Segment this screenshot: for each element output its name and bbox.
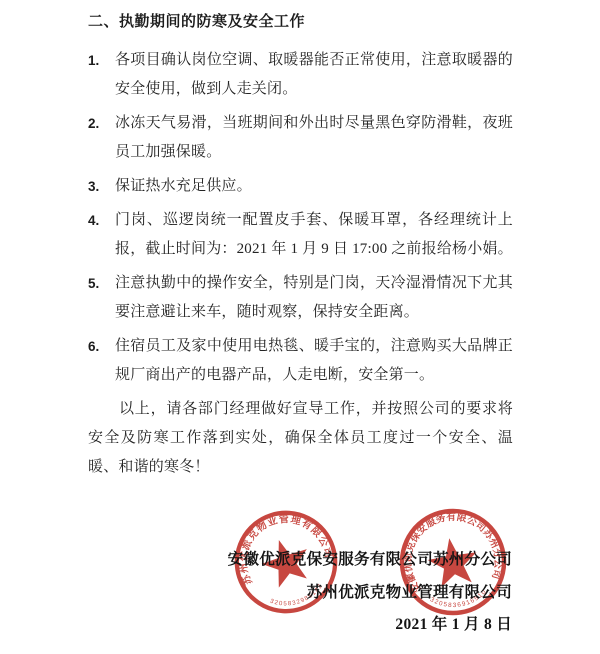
item-marker: 6. — [88, 332, 115, 361]
star-icon — [425, 534, 481, 588]
item-text: 门岗、巡逻岗统一配置皮手套、保暖耳罩，各经理统计上报，截止时间为：2021 年 … — [115, 206, 513, 264]
item-text: 保证热水充足供应。 — [115, 172, 513, 201]
item-marker: 3. — [88, 172, 115, 201]
item-marker: 5. — [88, 269, 115, 298]
company-seal-right: 安徽优派克保安服务有限公司苏州分公司 3205836916510 — [390, 499, 516, 625]
item-text: 住宿员工及家中使用电热毯、暖手宝的，注意购买大品牌正规厂商出产的电器产品，人走电… — [115, 332, 513, 390]
list-item: 3. 保证热水充足供应。 — [88, 172, 513, 201]
item-text: 注意执勤中的操作安全，特别是门岗，天冷湿滑情况下尤其要注意避让来车，随时观察，保… — [115, 269, 513, 327]
signature-company-line1: 安徽优派克保安服务有限公司苏州分公司 — [228, 550, 512, 570]
list-item: 6. 住宿员工及家中使用电热毯、暖手宝的，注意购买大品牌正规厂商出产的电器产品，… — [88, 332, 513, 390]
signature-company-line2: 苏州优派克物业管理有限公司 — [307, 583, 512, 603]
item-marker: 2. — [88, 109, 115, 138]
seal-serial-number: 3205836916510 — [428, 587, 490, 613]
item-text: 冰冻天气易滑，当班期间和外出时尽量黑色穿防滑鞋，夜班员工加强保暖。 — [115, 109, 513, 167]
list-item: 2. 冰冻天气易滑，当班期间和外出时尽量黑色穿防滑鞋，夜班员工加强保暖。 — [88, 109, 513, 167]
list-item: 5. 注意执勤中的操作安全，特别是门岗，天冷湿滑情况下尤其要注意避让来车，随时观… — [88, 269, 513, 327]
star-icon — [256, 533, 315, 591]
list-item: 1. 各项目确认岗位空调、取暖器能否正常使用，注意取暖器的安全使用，做到人走关闭… — [88, 46, 513, 104]
item-marker: 1. — [88, 46, 115, 75]
seal-ring — [395, 504, 512, 621]
seal-ring — [224, 500, 348, 624]
seal-serial-number: 3205832985142 — [268, 582, 328, 614]
item-text: 各项目确认岗位空调、取暖器能否正常使用，注意取暖器的安全使用，做到人走关闭。 — [115, 46, 513, 104]
section-title: 二、执勤期间的防寒及安全工作 — [88, 10, 513, 34]
seal-ring-text: 安徽优派克保安服务有限公司苏州分公司 — [393, 502, 508, 596]
closing-paragraph: 以上，请各部门经理做好宣导工作，并按照公司的要求将安全及防寒工作落到实处，确保全… — [88, 395, 513, 482]
seal-ring-text: 苏州优派克物业管理有限公司 — [223, 499, 336, 587]
signature-date: 2021 年 1 月 8 日 — [395, 615, 512, 635]
list-item: 4. 门岗、巡逻岗统一配置皮手套、保暖耳罩，各经理统计上报，截止时间为：2021… — [88, 206, 513, 264]
company-seal-left: 苏州优派克物业管理有限公司 3205832985142 — [219, 495, 353, 629]
item-marker: 4. — [88, 206, 115, 235]
document-body: 二、执勤期间的防寒及安全工作 1. 各项目确认岗位空调、取暖器能否正常使用，注意… — [88, 10, 513, 497]
